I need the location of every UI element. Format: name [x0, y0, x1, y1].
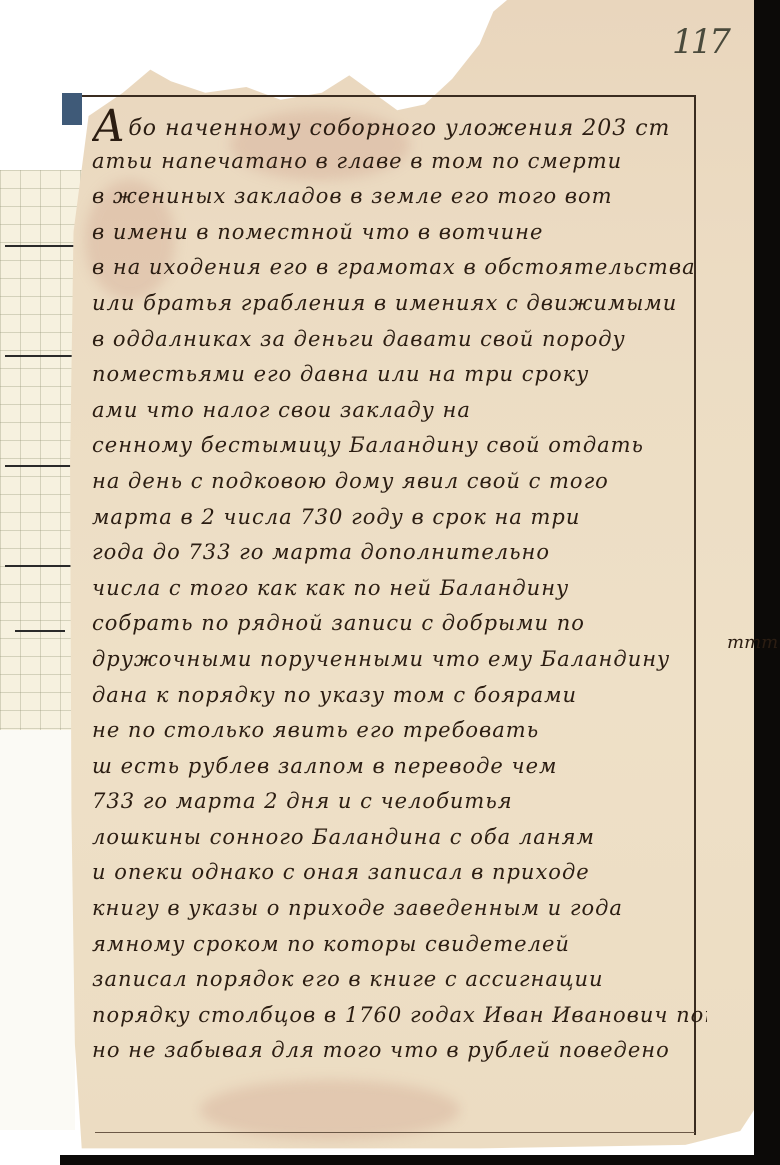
text-line: ами что налог свои закладу на — [92, 393, 707, 429]
text-line: или братья грабления в имениях с движимы… — [92, 286, 707, 322]
ledger-rule — [5, 245, 77, 247]
ruled-frame-top — [82, 95, 694, 97]
text-line: лошкины сонного Баландина с оба ланям — [92, 820, 707, 856]
text-line: в имени в поместной что в вотчине — [92, 215, 707, 251]
text-line: дана к порядку по указу том с боярами — [92, 678, 707, 714]
decorated-initial: А — [92, 108, 126, 144]
ledger-rule — [5, 355, 77, 357]
text-line: в жениных закладов в земле его того вот — [92, 179, 707, 215]
text-line: на день с подковою дому явил свой с того — [92, 464, 707, 500]
text-line: не по столько явить его требовать — [92, 713, 707, 749]
text-line: атьи напечатано в главе в том по смерти — [92, 144, 707, 180]
text-line: но не забывая для того что в рублей пове… — [92, 1033, 707, 1069]
blue-tab — [62, 93, 82, 125]
folio-number: 117 — [672, 22, 728, 62]
text-line: ш есть рублев залпом в переводе чем — [92, 749, 707, 785]
text-line: числа с того как как по ней Баландину — [92, 571, 707, 607]
text-line: собрать по рядной записи с добрыми по — [92, 606, 707, 642]
text-line: записал порядок его в книге с ассигнации — [92, 962, 707, 998]
text-line: и опеки однако с оная записал в приходе — [92, 855, 707, 891]
ruled-frame-bottom — [95, 1132, 695, 1133]
text-line: в на иходения его в грамотах в обстоятел… — [92, 250, 707, 286]
text-line: Або наченному соборного уложения 203 ст — [92, 108, 707, 144]
water-stain — [200, 1080, 460, 1140]
text-line: года до 733 го марта дополнительно — [92, 535, 707, 571]
ledger-rule — [5, 565, 77, 567]
ledger-rule — [15, 630, 65, 632]
text-line: книгу в указы о приходе заведенным и год… — [92, 891, 707, 927]
binding-shadow — [754, 0, 780, 1165]
text-line: в оддалниках за деньги давати свой пород… — [92, 322, 707, 358]
text-line: дружочными порученными что ему Баландину — [92, 642, 707, 678]
manuscript-scan: 117 ттт Або наченному соборного уложения… — [0, 0, 780, 1165]
text-line: марта в 2 числа 730 году в срок на три — [92, 500, 707, 536]
text-line: ямному сроком по которы свидетелей — [92, 927, 707, 963]
text-line: сенному бестымицу Баландину свой отдать — [92, 428, 707, 464]
text-line: поместьями его давна или на три сроку — [92, 357, 707, 393]
text-line: 733 го марта 2 дня и с челобитья — [92, 784, 707, 820]
line-text: бо наченному соборного уложения 203 ст — [128, 116, 670, 141]
text-line: порядку столбцов в 1760 годах Иван Ивано… — [92, 998, 707, 1034]
ledger-blank-area — [0, 730, 75, 1130]
margin-note: ттт — [727, 632, 778, 653]
handwritten-text-block: Або наченному соборного уложения 203 ст … — [92, 108, 707, 1069]
bottom-shadow — [60, 1155, 780, 1165]
ledger-rule — [5, 465, 77, 467]
